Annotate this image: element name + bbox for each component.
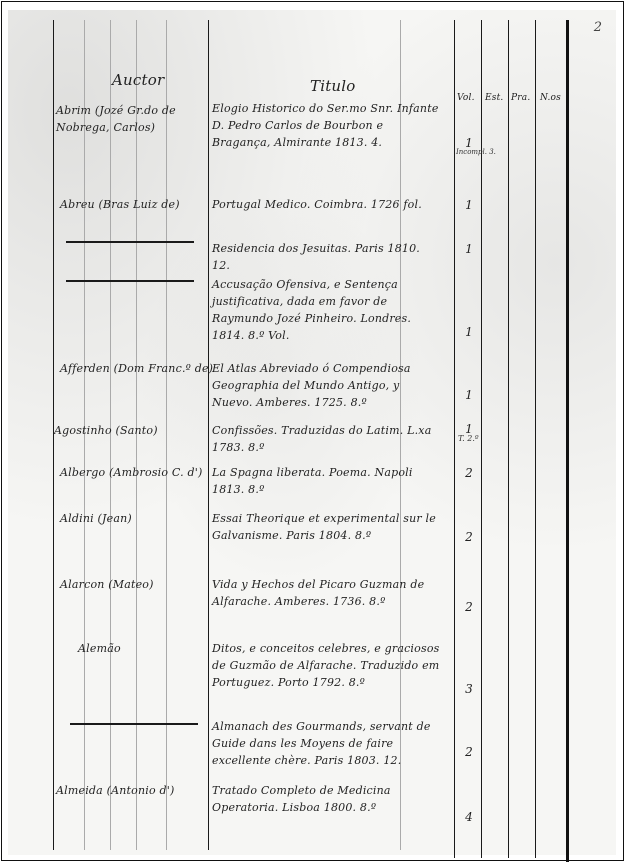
entry-note: T. 2.º <box>458 434 479 443</box>
entry-volumes: 1 <box>456 325 482 339</box>
entry-title: Confissões. Traduzidas do Latim. L.xa 17… <box>212 422 440 456</box>
ditto-line <box>66 241 194 243</box>
column-rule <box>508 20 509 858</box>
entry-title: Portugal Medico. Coimbra. 1726 fol. <box>212 196 440 213</box>
entry-volumes: 1 <box>456 242 482 256</box>
header-est: Est. <box>485 90 503 107</box>
entry-title: Ditos, e conceitos celebres, e graciosos… <box>212 640 440 691</box>
entry-author: Alemão <box>78 640 121 657</box>
entry-author: Agostinho (Santo) <box>54 422 158 439</box>
entry-note: Incompl. 3. <box>456 148 496 156</box>
entry-title: Accusação Ofensiva, e Sentença justifica… <box>212 276 440 344</box>
entry-volumes: 1 <box>456 198 482 212</box>
entry-title: Almanach des Gourmands, servant de Guide… <box>212 718 440 769</box>
header-pra: Pra. <box>511 90 530 107</box>
entry-title: El Atlas Abreviado ó Compendiosa Geograp… <box>212 360 440 411</box>
entry-title: Tratado Completo de Medicina Operatoria.… <box>212 782 440 816</box>
column-rule <box>535 20 536 858</box>
entry-volumes: 2 <box>456 600 482 614</box>
entry-author: Albergo (Ambrosio C. d') <box>60 464 202 481</box>
ditto-line <box>66 280 194 282</box>
entry-volumes: 3 <box>456 682 482 696</box>
column-rule <box>208 20 209 850</box>
entry-title: Elogio Historico do Ser.mo Snr. Infante … <box>212 100 440 151</box>
document-frame: 2 Auctor Titulo Vol. Est. Pra. N.os Abri… <box>1 1 624 861</box>
column-rule <box>454 20 455 858</box>
entry-author: Aldini (Jean) <box>60 510 132 527</box>
header-author: Auctor <box>112 72 164 89</box>
header-vol: Vol. <box>457 90 475 107</box>
ditto-line <box>70 723 198 725</box>
entry-title: Essai Theorique et experimental sur le G… <box>212 510 440 544</box>
entry-title: Residencia dos Jesuitas. Paris 1810. 12. <box>212 240 440 274</box>
entry-volumes: 2 <box>456 466 482 480</box>
entry-volumes: 2 <box>456 530 482 544</box>
entry-author: Alarcon (Mateo) <box>60 576 154 593</box>
entry-title: La Spagna liberata. Poema. Napoli 1813. … <box>212 464 440 498</box>
entry-author: Almeida (Antonio d') <box>56 782 174 799</box>
column-rule <box>566 20 569 862</box>
column-rule <box>166 20 167 850</box>
entry-author: Afferden (Dom Franc.º de) <box>60 360 213 377</box>
entry-volumes: 2 <box>456 745 482 759</box>
entry-author: Abreu (Bras Luiz de) <box>60 196 180 213</box>
header-nos: N.os <box>540 90 561 107</box>
entry-title: Vida y Hechos del Picaro Guzman de Alfar… <box>212 576 440 610</box>
entry-author: Abrim (Jozé Gr.do de Nobrega, Carlos) <box>56 102 206 136</box>
page-number: 2 <box>594 20 602 35</box>
entry-volumes: 1 <box>456 388 482 402</box>
header-title: Titulo <box>310 78 356 95</box>
entry-volumes: 4 <box>456 810 482 824</box>
manuscript-page: 2 Auctor Titulo Vol. Est. Pra. N.os Abri… <box>8 10 616 855</box>
